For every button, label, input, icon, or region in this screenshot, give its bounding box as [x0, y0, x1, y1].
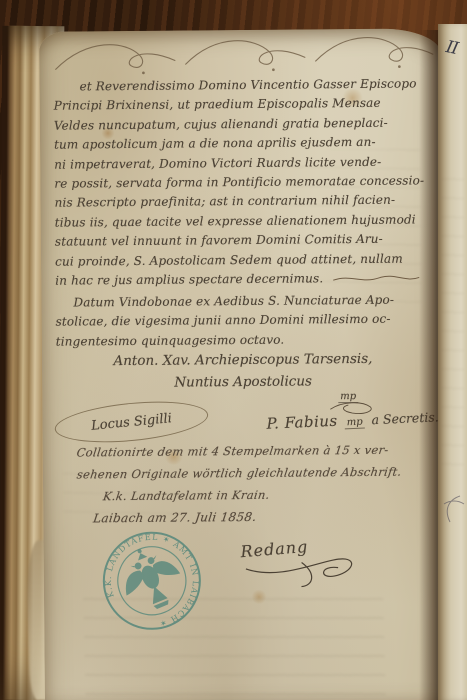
- certification-line: sehenen Originale wörtlich gleichlautend…: [76, 465, 403, 482]
- datum-line: tingentesimo quinquagesimo octavo.: [56, 329, 395, 351]
- body-line: cui proinde, S. Apostolicam Sedem quod a…: [55, 249, 425, 272]
- body-line: in hac re jus amplius spectare decernimu…: [55, 268, 425, 291]
- photograph-of-open-book: et Reverendissimo Domino Vincentio Gasse…: [0, 0, 467, 700]
- next-page-pen-stroke: [440, 494, 466, 524]
- nuncio-signature-block: Anton. Xav. Archiepiscopus Tarsensis, Nu…: [42, 350, 444, 392]
- next-page-strip: II: [438, 24, 467, 700]
- secretary-name: P. Fabius: [266, 412, 338, 433]
- folio-number: II: [444, 37, 459, 59]
- datum-line: stolicae, die vigesima junii anno Domini…: [56, 310, 395, 332]
- secretary-manu-propria: mp: [344, 417, 364, 430]
- body-line: tum apostolicum jam a die nona aprilis e…: [54, 133, 424, 156]
- nuncio-signature-line1: Anton. Xav. Archiepiscopus Tarsensis,: [42, 350, 444, 370]
- body-line-text: in hac re jus amplius spectare decernimu…: [55, 269, 323, 291]
- manuscript-page: et Reverendissimo Domino Vincentio Gasse…: [39, 28, 447, 700]
- clerk-signature: Redang: [240, 533, 364, 595]
- official-seal-stamp: K.K. LANDTAFEL ✶ AMT IN LAIBACH ✶: [84, 513, 220, 649]
- secretary-signature: P. Fabius mp a Secretis.: [266, 407, 439, 432]
- nuncio-signature-line2: Nuntius Apostolicus: [42, 372, 444, 392]
- bleed-through: [442, 174, 464, 474]
- locus-sigilli-label: Locus Sigilli: [90, 411, 172, 434]
- latin-body-text: et Reverendissimo Domino Vincentio Gasse…: [53, 74, 425, 291]
- line-filler-flourish: [331, 272, 421, 285]
- datum-paragraph: Datum Vindobonae ex Aedibus S. Nunciatur…: [55, 291, 394, 352]
- certification-line: K.k. Landtafelamt in Krain.: [76, 487, 403, 504]
- certification-line: Collationirte dem mit 4 Stempelmarken à …: [76, 443, 403, 460]
- locus-sigilli-oval: Locus Sigilli: [53, 396, 210, 449]
- certification-block: Collationirte dem mit 4 Stempelmarken à …: [77, 443, 402, 526]
- certification-place-date: Laibach am 27. Juli 1858.: [76, 509, 403, 526]
